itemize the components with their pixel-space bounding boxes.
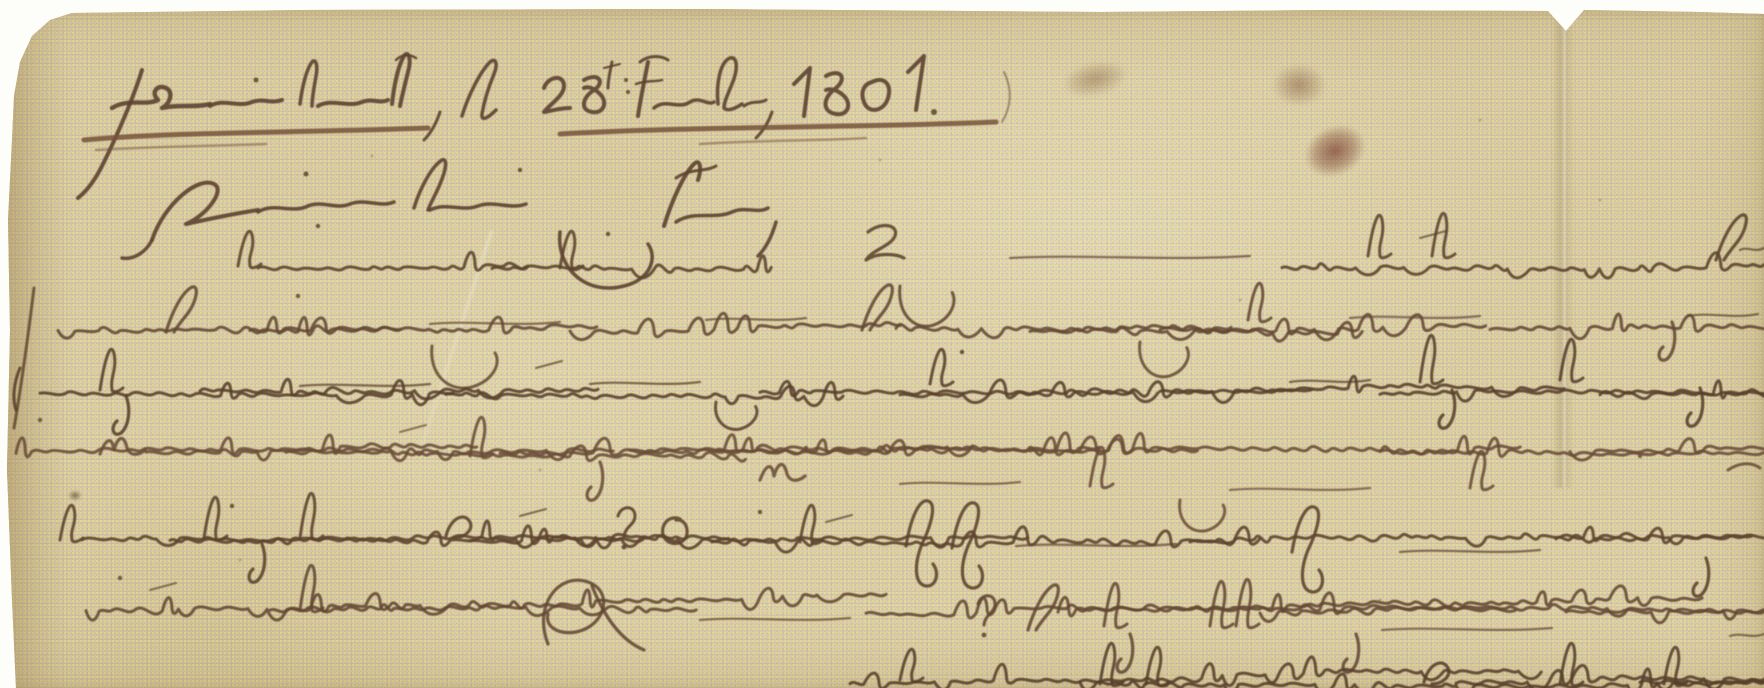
manuscript-scan [0, 0, 1764, 688]
body-ink [14, 119, 1764, 688]
dateline-ink [78, 54, 1010, 198]
handwriting-ink [0, 0, 1764, 688]
letter-page [0, 0, 1764, 688]
